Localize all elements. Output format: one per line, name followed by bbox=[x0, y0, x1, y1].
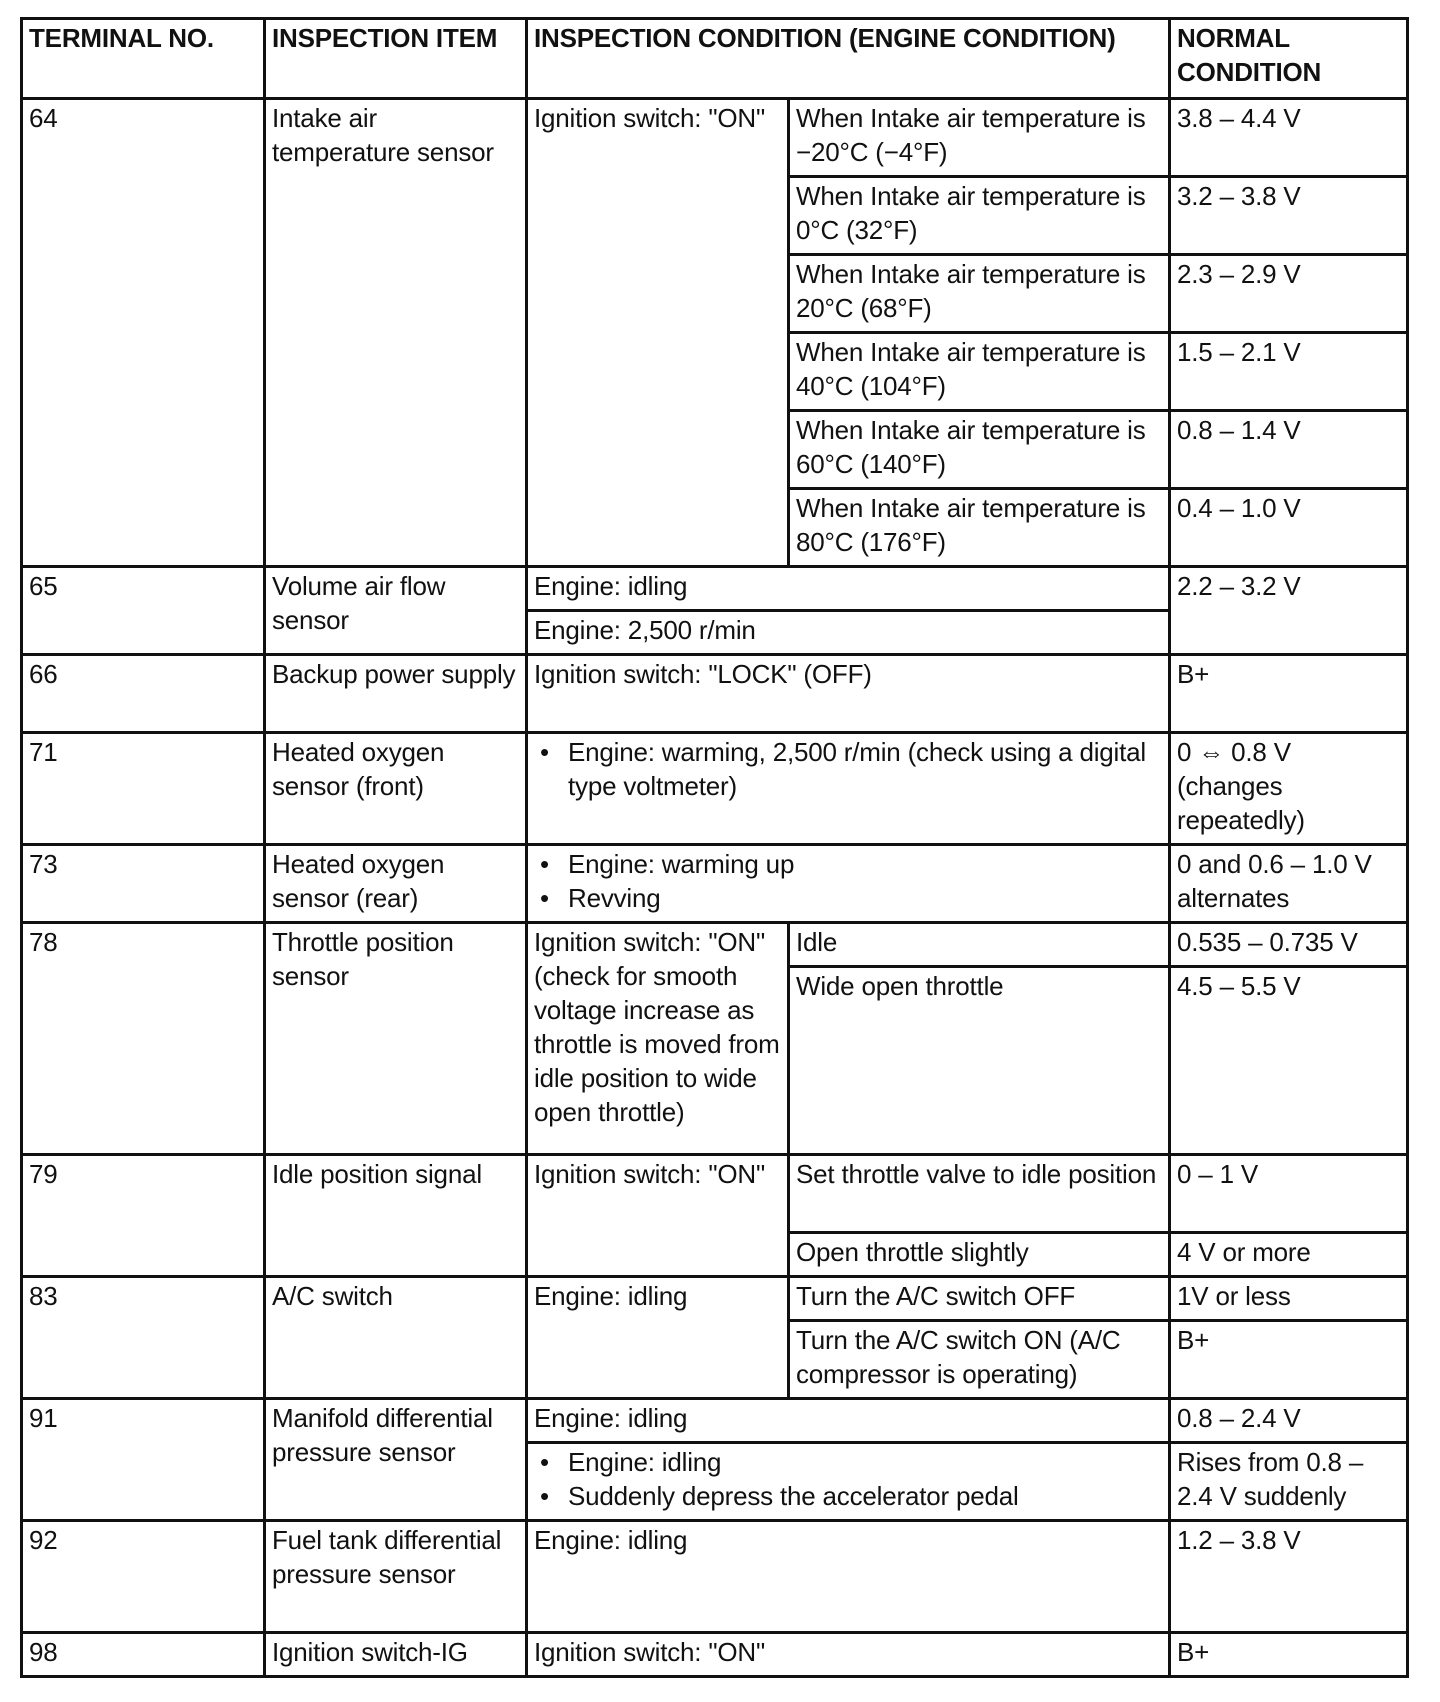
item-cell: Heated oxygen sensor (rear) bbox=[265, 845, 527, 923]
condition-cell: Engine: 2,500 r/min bbox=[527, 611, 1170, 655]
condition-bullet-list: Engine: warming up Revving bbox=[534, 847, 1162, 915]
item-cell: Heated oxygen sensor (front) bbox=[265, 733, 527, 845]
item-cell: Manifold differential pressure sensor bbox=[265, 1399, 527, 1521]
item-cell: Volume air flow sensor bbox=[265, 567, 527, 655]
terminal-cell: 79 bbox=[22, 1155, 265, 1277]
normal-cell: 0 and 0.6 – 1.0 V alternates bbox=[1170, 845, 1408, 923]
item-cell: Throttle position sensor bbox=[265, 923, 527, 1155]
item-cell: Idle position signal bbox=[265, 1155, 527, 1277]
sub-condition-cell: When Intake air temperature is 60°C (140… bbox=[789, 411, 1170, 489]
condition-cell: Ignition switch: "ON" bbox=[527, 99, 789, 567]
terminal-cell: 73 bbox=[22, 845, 265, 923]
terminal-cell: 65 bbox=[22, 567, 265, 655]
condition-cell: Engine: idling bbox=[527, 1399, 1170, 1443]
sub-condition-cell: When Intake air temperature is 80°C (176… bbox=[789, 489, 1170, 567]
terminal-cell: 92 bbox=[22, 1521, 265, 1633]
condition-bullet-list: Engine: warming, 2,500 r/min (check usin… bbox=[534, 735, 1162, 803]
sub-condition-cell: When Intake air temperature is 0°C (32°F… bbox=[789, 177, 1170, 255]
bullet-item: Engine: idling bbox=[568, 1445, 1162, 1479]
sub-condition-cell: When Intake air temperature is 20°C (68°… bbox=[789, 255, 1170, 333]
normal-cell: B+ bbox=[1170, 1321, 1408, 1399]
normal-cell: 2.2 – 3.2 V bbox=[1170, 567, 1408, 655]
table-row: 78 Throttle position sensor Ignition swi… bbox=[22, 923, 1408, 967]
ecu-terminal-inspection-table: TERMINAL NO. INSPECTION ITEM INSPECTION … bbox=[20, 17, 1409, 1678]
normal-cell: 0 ⇔ 0.8 V (changes repeatedly) bbox=[1170, 733, 1408, 845]
item-cell: A/C switch bbox=[265, 1277, 527, 1399]
normal-cell: 1.5 – 2.1 V bbox=[1170, 333, 1408, 411]
table-row: 64 Intake air temperature sensor Ignitio… bbox=[22, 99, 1408, 177]
sub-condition-cell: Open throttle slightly bbox=[789, 1233, 1170, 1277]
bullet-item: Engine: warming up bbox=[568, 847, 1162, 881]
normal-cell: 3.8 – 4.4 V bbox=[1170, 99, 1408, 177]
sub-condition-cell: Idle bbox=[789, 923, 1170, 967]
sub-condition-cell: Turn the A/C switch ON (A/C compressor i… bbox=[789, 1321, 1170, 1399]
normal-cell: B+ bbox=[1170, 655, 1408, 733]
table-row: 65 Volume air flow sensor Engine: idling… bbox=[22, 567, 1408, 611]
table-row: 98 Ignition switch-IG Ignition switch: "… bbox=[22, 1633, 1408, 1677]
header-row: TERMINAL NO. INSPECTION ITEM INSPECTION … bbox=[22, 19, 1408, 99]
header-normal-condition: NORMAL CONDITION bbox=[1170, 19, 1408, 99]
condition-bullet-list: Engine: idling Suddenly depress the acce… bbox=[534, 1445, 1162, 1513]
condition-cell: Engine: idling Suddenly depress the acce… bbox=[527, 1443, 1170, 1521]
table-row: 73 Heated oxygen sensor (rear) Engine: w… bbox=[22, 845, 1408, 923]
normal-cell: Rises from 0.8 – 2.4 V suddenly bbox=[1170, 1443, 1408, 1521]
table-row: 66 Backup power supply Ignition switch: … bbox=[22, 655, 1408, 733]
item-cell: Backup power supply bbox=[265, 655, 527, 733]
item-cell: Intake air temperature sensor bbox=[265, 99, 527, 567]
normal-cell: 1.2 – 3.8 V bbox=[1170, 1521, 1408, 1633]
terminal-cell: 98 bbox=[22, 1633, 265, 1677]
sub-condition-cell: When Intake air temperature is 40°C (104… bbox=[789, 333, 1170, 411]
condition-cell: Engine: idling bbox=[527, 567, 1170, 611]
header-inspection-condition: INSPECTION CONDITION (ENGINE CONDITION) bbox=[527, 19, 1170, 99]
normal-cell: 4 V or more bbox=[1170, 1233, 1408, 1277]
table-row: 83 A/C switch Engine: idling Turn the A/… bbox=[22, 1277, 1408, 1321]
bullet-item: Suddenly depress the accelerator pedal bbox=[568, 1479, 1162, 1513]
normal-cell: 1V or less bbox=[1170, 1277, 1408, 1321]
condition-cell: Ignition switch: "ON" bbox=[527, 1155, 789, 1277]
terminal-cell: 78 bbox=[22, 923, 265, 1155]
table-row: 91 Manifold differential pressure sensor… bbox=[22, 1399, 1408, 1443]
condition-cell: Engine: warming up Revving bbox=[527, 845, 1170, 923]
sub-condition-cell: Set throttle valve to idle position bbox=[789, 1155, 1170, 1233]
normal-cell: 3.2 – 3.8 V bbox=[1170, 177, 1408, 255]
bullet-item: Engine: warming, 2,500 r/min (check usin… bbox=[568, 735, 1162, 803]
table-row: 71 Heated oxygen sensor (front) Engine: … bbox=[22, 733, 1408, 845]
table-row: 79 Idle position signal Ignition switch:… bbox=[22, 1155, 1408, 1233]
normal-cell: 2.3 – 2.9 V bbox=[1170, 255, 1408, 333]
condition-cell: Engine: idling bbox=[527, 1277, 789, 1399]
condition-cell: Ignition switch: "ON" bbox=[527, 1633, 1170, 1677]
condition-cell: Engine: idling bbox=[527, 1521, 1170, 1633]
normal-cell: 0.8 – 1.4 V bbox=[1170, 411, 1408, 489]
terminal-cell: 66 bbox=[22, 655, 265, 733]
item-cell: Fuel tank differential pressure sensor bbox=[265, 1521, 527, 1633]
terminal-cell: 83 bbox=[22, 1277, 265, 1399]
condition-cell: Engine: warming, 2,500 r/min (check usin… bbox=[527, 733, 1170, 845]
normal-cell: 0.8 – 2.4 V bbox=[1170, 1399, 1408, 1443]
sub-condition-cell: Turn the A/C switch OFF bbox=[789, 1277, 1170, 1321]
normal-cell: B+ bbox=[1170, 1633, 1408, 1677]
condition-cell: Ignition switch: "ON" (check for smooth … bbox=[527, 923, 789, 1155]
sub-condition-cell: Wide open throttle bbox=[789, 967, 1170, 1155]
condition-cell: Ignition switch: "LOCK" (OFF) bbox=[527, 655, 1170, 733]
normal-cell: 0 – 1 V bbox=[1170, 1155, 1408, 1233]
bullet-item: Revving bbox=[568, 881, 1162, 915]
header-inspection-item: INSPECTION ITEM bbox=[265, 19, 527, 99]
normal-cell: 4.5 – 5.5 V bbox=[1170, 967, 1408, 1155]
item-cell: Ignition switch-IG bbox=[265, 1633, 527, 1677]
normal-cell: 0.535 – 0.735 V bbox=[1170, 923, 1408, 967]
normal-cell: 0.4 – 1.0 V bbox=[1170, 489, 1408, 567]
sub-condition-cell: When Intake air temperature is −20°C (−4… bbox=[789, 99, 1170, 177]
table-row: 92 Fuel tank differential pressure senso… bbox=[22, 1521, 1408, 1633]
header-terminal-no: TERMINAL NO. bbox=[22, 19, 265, 99]
terminal-cell: 91 bbox=[22, 1399, 265, 1521]
terminal-cell: 71 bbox=[22, 733, 265, 845]
terminal-cell: 64 bbox=[22, 99, 265, 567]
